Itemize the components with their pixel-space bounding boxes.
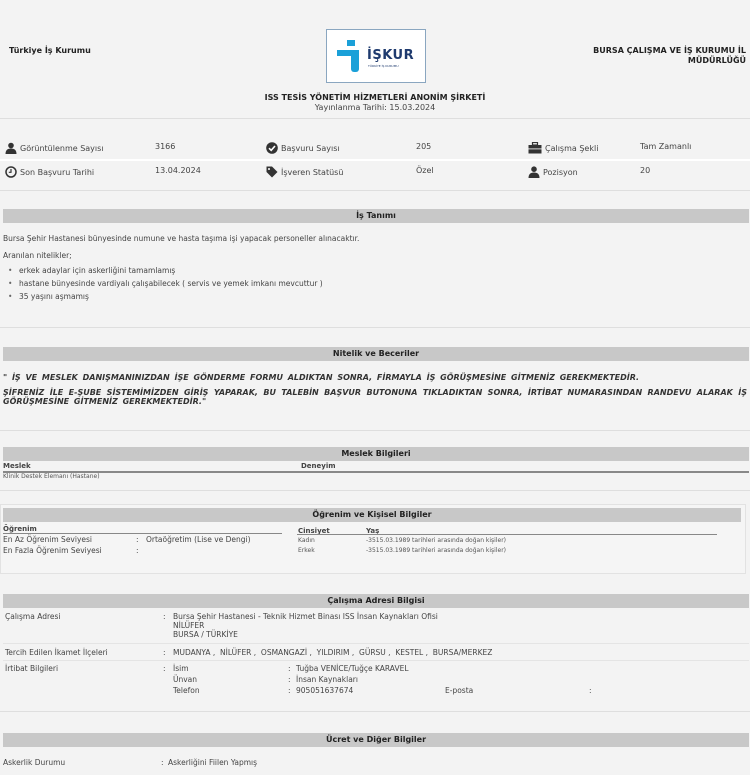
- views-stat: Görüntülenme Sayısı: [5, 142, 104, 154]
- military-value: Askerliğini Fiilen Yapmış: [168, 758, 257, 767]
- contact-title-value: İnsan Kaynakları: [296, 675, 358, 684]
- min-education-label: En Az Öğrenim Seviyesi: [3, 535, 92, 544]
- tag-icon: [266, 166, 278, 178]
- logo-mark-dot: [347, 40, 355, 46]
- clock-icon: [5, 166, 17, 178]
- work-type-value: Tam Zamanlı: [640, 142, 691, 151]
- skills-notice-2: ŞİFRENİZ İLE E-ŞUBE SİSTEMİMİZDEN GİRİŞ …: [3, 388, 747, 406]
- work-type-stat: Çalışma Şekli: [528, 142, 598, 154]
- user-tie-icon: [528, 166, 540, 178]
- positions-label: Pozisyon: [543, 168, 578, 177]
- divider: [0, 430, 750, 431]
- list-item: erkek adaylar için askerliğini tamamlamı…: [3, 264, 323, 277]
- gender-row-gender: Kadın: [298, 537, 315, 544]
- job-intro: Bursa Şehir Hastanesi bünyesinde numune …: [3, 234, 359, 243]
- colon: :: [163, 612, 166, 621]
- user-icon: [5, 142, 17, 154]
- table-row: Klinik Destek Elemanı (Hastane): [3, 473, 100, 480]
- section-job-description-header: İş Tanımı: [3, 209, 749, 223]
- work-address-line-2: NİLÜFER: [173, 621, 204, 630]
- colon: :: [163, 648, 166, 657]
- divider: [0, 190, 750, 191]
- gender-row-age: -3515.03.1989 tarihleri arasında doğan k…: [366, 547, 506, 554]
- positions-value: 20: [640, 166, 650, 175]
- colon: :: [288, 675, 291, 684]
- districts-label: Tercih Edilen İkamet İlçeleri: [5, 648, 108, 657]
- divider: [3, 643, 749, 644]
- contact-email-label: E-posta: [445, 686, 473, 695]
- contact-name-label: İsim: [173, 664, 189, 673]
- divider: [0, 490, 750, 491]
- skills-notice-1: " İŞ VE MESLEK DANIŞMANINIZDAN İŞE GÖNDE…: [3, 373, 747, 382]
- gender-row-age: -3515.03.1989 tarihleri arasında doğan k…: [366, 537, 506, 544]
- logo-subtitle: TÜRKİYE İŞ KURUMU: [368, 64, 399, 68]
- org-name-left: Türkiye İş Kurumu: [9, 46, 91, 55]
- contact-name-value: Tuğba VENİCE/Tuğçe KARAVEL: [296, 664, 409, 673]
- divider: [3, 660, 749, 661]
- header-underline: [3, 533, 282, 534]
- colon: :: [161, 758, 164, 767]
- min-education-value: Ortaöğretim (Lise ve Dengi): [146, 535, 251, 544]
- deadline-value: 13.04.2024: [155, 166, 201, 175]
- colon: :: [136, 546, 139, 555]
- applications-value: 205: [416, 142, 431, 151]
- contact-phone-value[interactable]: 905051637674: [296, 686, 353, 695]
- positions-stat: Pozisyon: [528, 166, 578, 178]
- info-row-2: Son Başvuru Tarihi 13.04.2024 İşveren St…: [0, 161, 750, 183]
- work-address-label: Çalışma Adresi: [5, 612, 60, 621]
- section-address-header: Çalışma Adresi Bilgisi: [3, 594, 749, 608]
- deadline-stat: Son Başvuru Tarihi: [5, 166, 94, 178]
- section-occupation-header: Meslek Bilgileri: [3, 447, 749, 461]
- applications-stat: Başvuru Sayısı: [266, 142, 340, 154]
- contact-phone-label: Telefon: [173, 686, 200, 695]
- check-circle-icon: [266, 142, 278, 154]
- logo-mark-stem: [351, 50, 359, 72]
- logo-brand: İŞKUR: [367, 48, 414, 63]
- employer-status-label: İşveren Statüsü: [281, 168, 343, 177]
- published-date: Yayınlanma Tarihi: 15.03.2024: [0, 103, 750, 112]
- col-education: Öğrenim: [3, 525, 37, 533]
- military-label: Askerlik Durumu: [3, 758, 65, 767]
- contact-label: İrtibat Bilgileri: [5, 664, 58, 673]
- company-name: ISS TESİS YÖNETİM HİZMETLERİ ANONİM ŞİRK…: [0, 93, 750, 102]
- section-skills-header: Nitelik ve Beceriler: [3, 347, 749, 361]
- applications-label: Başvuru Sayısı: [281, 144, 340, 153]
- requirements-list: erkek adaylar için askerliğini tamamlamı…: [3, 264, 323, 303]
- colon: :: [288, 664, 291, 673]
- employer-status-stat: İşveren Statüsü: [266, 166, 343, 178]
- views-label: Görüntülenme Sayısı: [20, 144, 104, 153]
- col-experience: Deneyim: [301, 462, 336, 470]
- views-value: 3166: [155, 142, 175, 151]
- work-type-label: Çalışma Şekli: [545, 144, 598, 153]
- col-occupation: Meslek: [3, 462, 31, 470]
- requirements-label: Aranılan nitelikler;: [3, 251, 72, 260]
- gender-row-gender: Erkek: [298, 547, 315, 554]
- divider: [0, 711, 750, 712]
- info-row-1: Görüntülenme Sayısı 3166 Başvuru Sayısı …: [0, 137, 750, 159]
- contact-title-label: Ünvan: [173, 675, 197, 684]
- section-other-header: Ücret ve Diğer Bilgiler: [3, 733, 749, 747]
- header-underline: [3, 471, 749, 473]
- districts-value: MUDANYA , NİLÜFER , OSMANGAZİ , YILDIRIM…: [173, 648, 492, 657]
- colon: :: [288, 686, 291, 695]
- list-item: 35 yaşını aşmamış: [3, 290, 323, 303]
- colon: :: [589, 686, 592, 695]
- divider: [0, 327, 750, 328]
- colon: :: [163, 664, 166, 673]
- header-underline: [297, 534, 717, 535]
- briefcase-icon: [528, 142, 542, 154]
- org-name-right: BURSA ÇALIŞMA VE İŞ KURUMU İL MÜDÜRLÜĞÜ: [546, 46, 746, 66]
- divider: [0, 118, 750, 119]
- max-education-label: En Fazla Öğrenim Seviyesi: [3, 546, 102, 555]
- work-address-line-1: Bursa Şehir Hastanesi - Teknik Hizmet Bi…: [173, 612, 438, 621]
- section-education-header: Öğrenim ve Kişisel Bilgiler: [3, 508, 741, 522]
- iskur-logo: İŞKUR TÜRKİYE İŞ KURUMU: [326, 29, 426, 83]
- work-address-line-3: BURSA / TÜRKİYE: [173, 630, 238, 639]
- colon: :: [136, 535, 139, 544]
- deadline-label: Son Başvuru Tarihi: [20, 168, 94, 177]
- list-item: hastane bünyesinde vardiyalı çalışabilec…: [3, 277, 323, 290]
- employer-status-value: Özel: [416, 166, 434, 175]
